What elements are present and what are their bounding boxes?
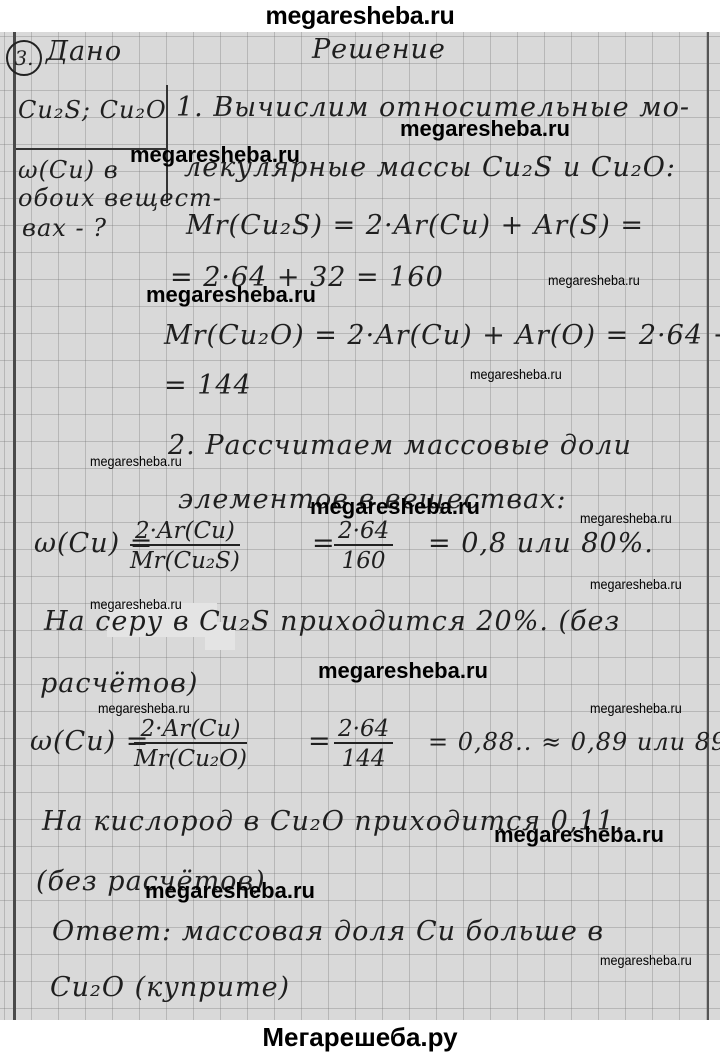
notebook-page: 3. Дано Решение Cu₂S; Cu₂O ω(Cu) в обоих… (0, 32, 720, 1020)
step1-line3: Mr(Cu₂S) = 2·Ar(Cu) + Ar(S) = (186, 210, 644, 241)
calc2-eq: = (308, 726, 332, 757)
step1-line6: = 144 (164, 370, 252, 401)
calc2-numerator: 2·Ar(Cu) (134, 716, 247, 744)
calc2-value-denominator: 144 (334, 744, 393, 772)
problem-number: 3. (6, 40, 42, 76)
calc1-eq: = (312, 528, 336, 559)
calc1-result: = 0,8 или 80%. (428, 528, 654, 559)
watermark: megaresheba.ru (470, 366, 562, 382)
watermark: megaresheba.ru (400, 116, 570, 142)
step1-line5: Mr(Cu₂O) = 2·Ar(Cu) + Ar(O) = 2·64 + 16 … (164, 320, 720, 351)
watermark: megaresheba.ru (548, 272, 640, 288)
calc2-fraction-formula: 2·Ar(Cu) Mr(Cu₂O) (134, 716, 247, 772)
answer-line1: Ответ: массовая доля Cu больше в (52, 916, 604, 947)
calc2-fraction-values: 2·64 144 (334, 716, 393, 772)
calc1-numerator: 2·Ar(Cu) (130, 518, 240, 546)
watermark: megaresheba.ru (145, 878, 315, 904)
watermark: megaresheba.ru (318, 658, 488, 684)
given-find-3: вах - ? (22, 214, 107, 242)
watermark: megaresheba.ru (146, 282, 316, 308)
watermark: megaresheba.ru (494, 822, 664, 848)
calc1-denominator: Mr(Cu₂S) (130, 546, 240, 574)
watermark: megaresheba.ru (590, 700, 682, 716)
page-edge-line (707, 32, 709, 1020)
watermark: megaresheba.ru (98, 700, 190, 716)
calc1-fraction-formula: 2·Ar(Cu) Mr(Cu₂S) (130, 518, 240, 574)
given-find-1: ω(Cu) в (18, 156, 119, 184)
watermark: megaresheba.ru (90, 453, 182, 469)
step2-line1: 2. Рассчитаем массовые доли (168, 430, 632, 461)
site-footer: Мегарешеба.ру (0, 1020, 720, 1054)
given-find-2: обоих вещест- (18, 184, 222, 212)
calc2-value-numerator: 2·64 (334, 716, 393, 744)
watermark: megaresheba.ru (90, 596, 182, 612)
calc1-value-numerator: 2·64 (334, 518, 393, 546)
note1-line2: расчётов) (40, 668, 198, 699)
watermark: megaresheba.ru (130, 142, 300, 168)
calc1-value-denominator: 160 (334, 546, 393, 574)
watermark: megaresheba.ru (580, 510, 672, 526)
calc2-result: = 0,88.. ≈ 0,89 или 89%. (428, 728, 720, 756)
watermark: megaresheba.ru (590, 576, 682, 592)
given-substances: Cu₂S; Cu₂O (18, 96, 167, 124)
site-header: megaresheba.ru (0, 0, 720, 32)
given-label: Дано (46, 36, 122, 67)
watermark: megaresheba.ru (310, 494, 480, 520)
calc2-lhs: ω(Cu) = (30, 726, 149, 757)
margin-line (13, 32, 16, 1020)
answer-line2: Cu₂O (куприте) (50, 972, 290, 1003)
calc2-denominator: Mr(Cu₂O) (134, 744, 247, 772)
calc1-fraction-values: 2·64 160 (334, 518, 393, 574)
solution-label: Решение (312, 34, 446, 65)
watermark: megaresheba.ru (600, 952, 692, 968)
